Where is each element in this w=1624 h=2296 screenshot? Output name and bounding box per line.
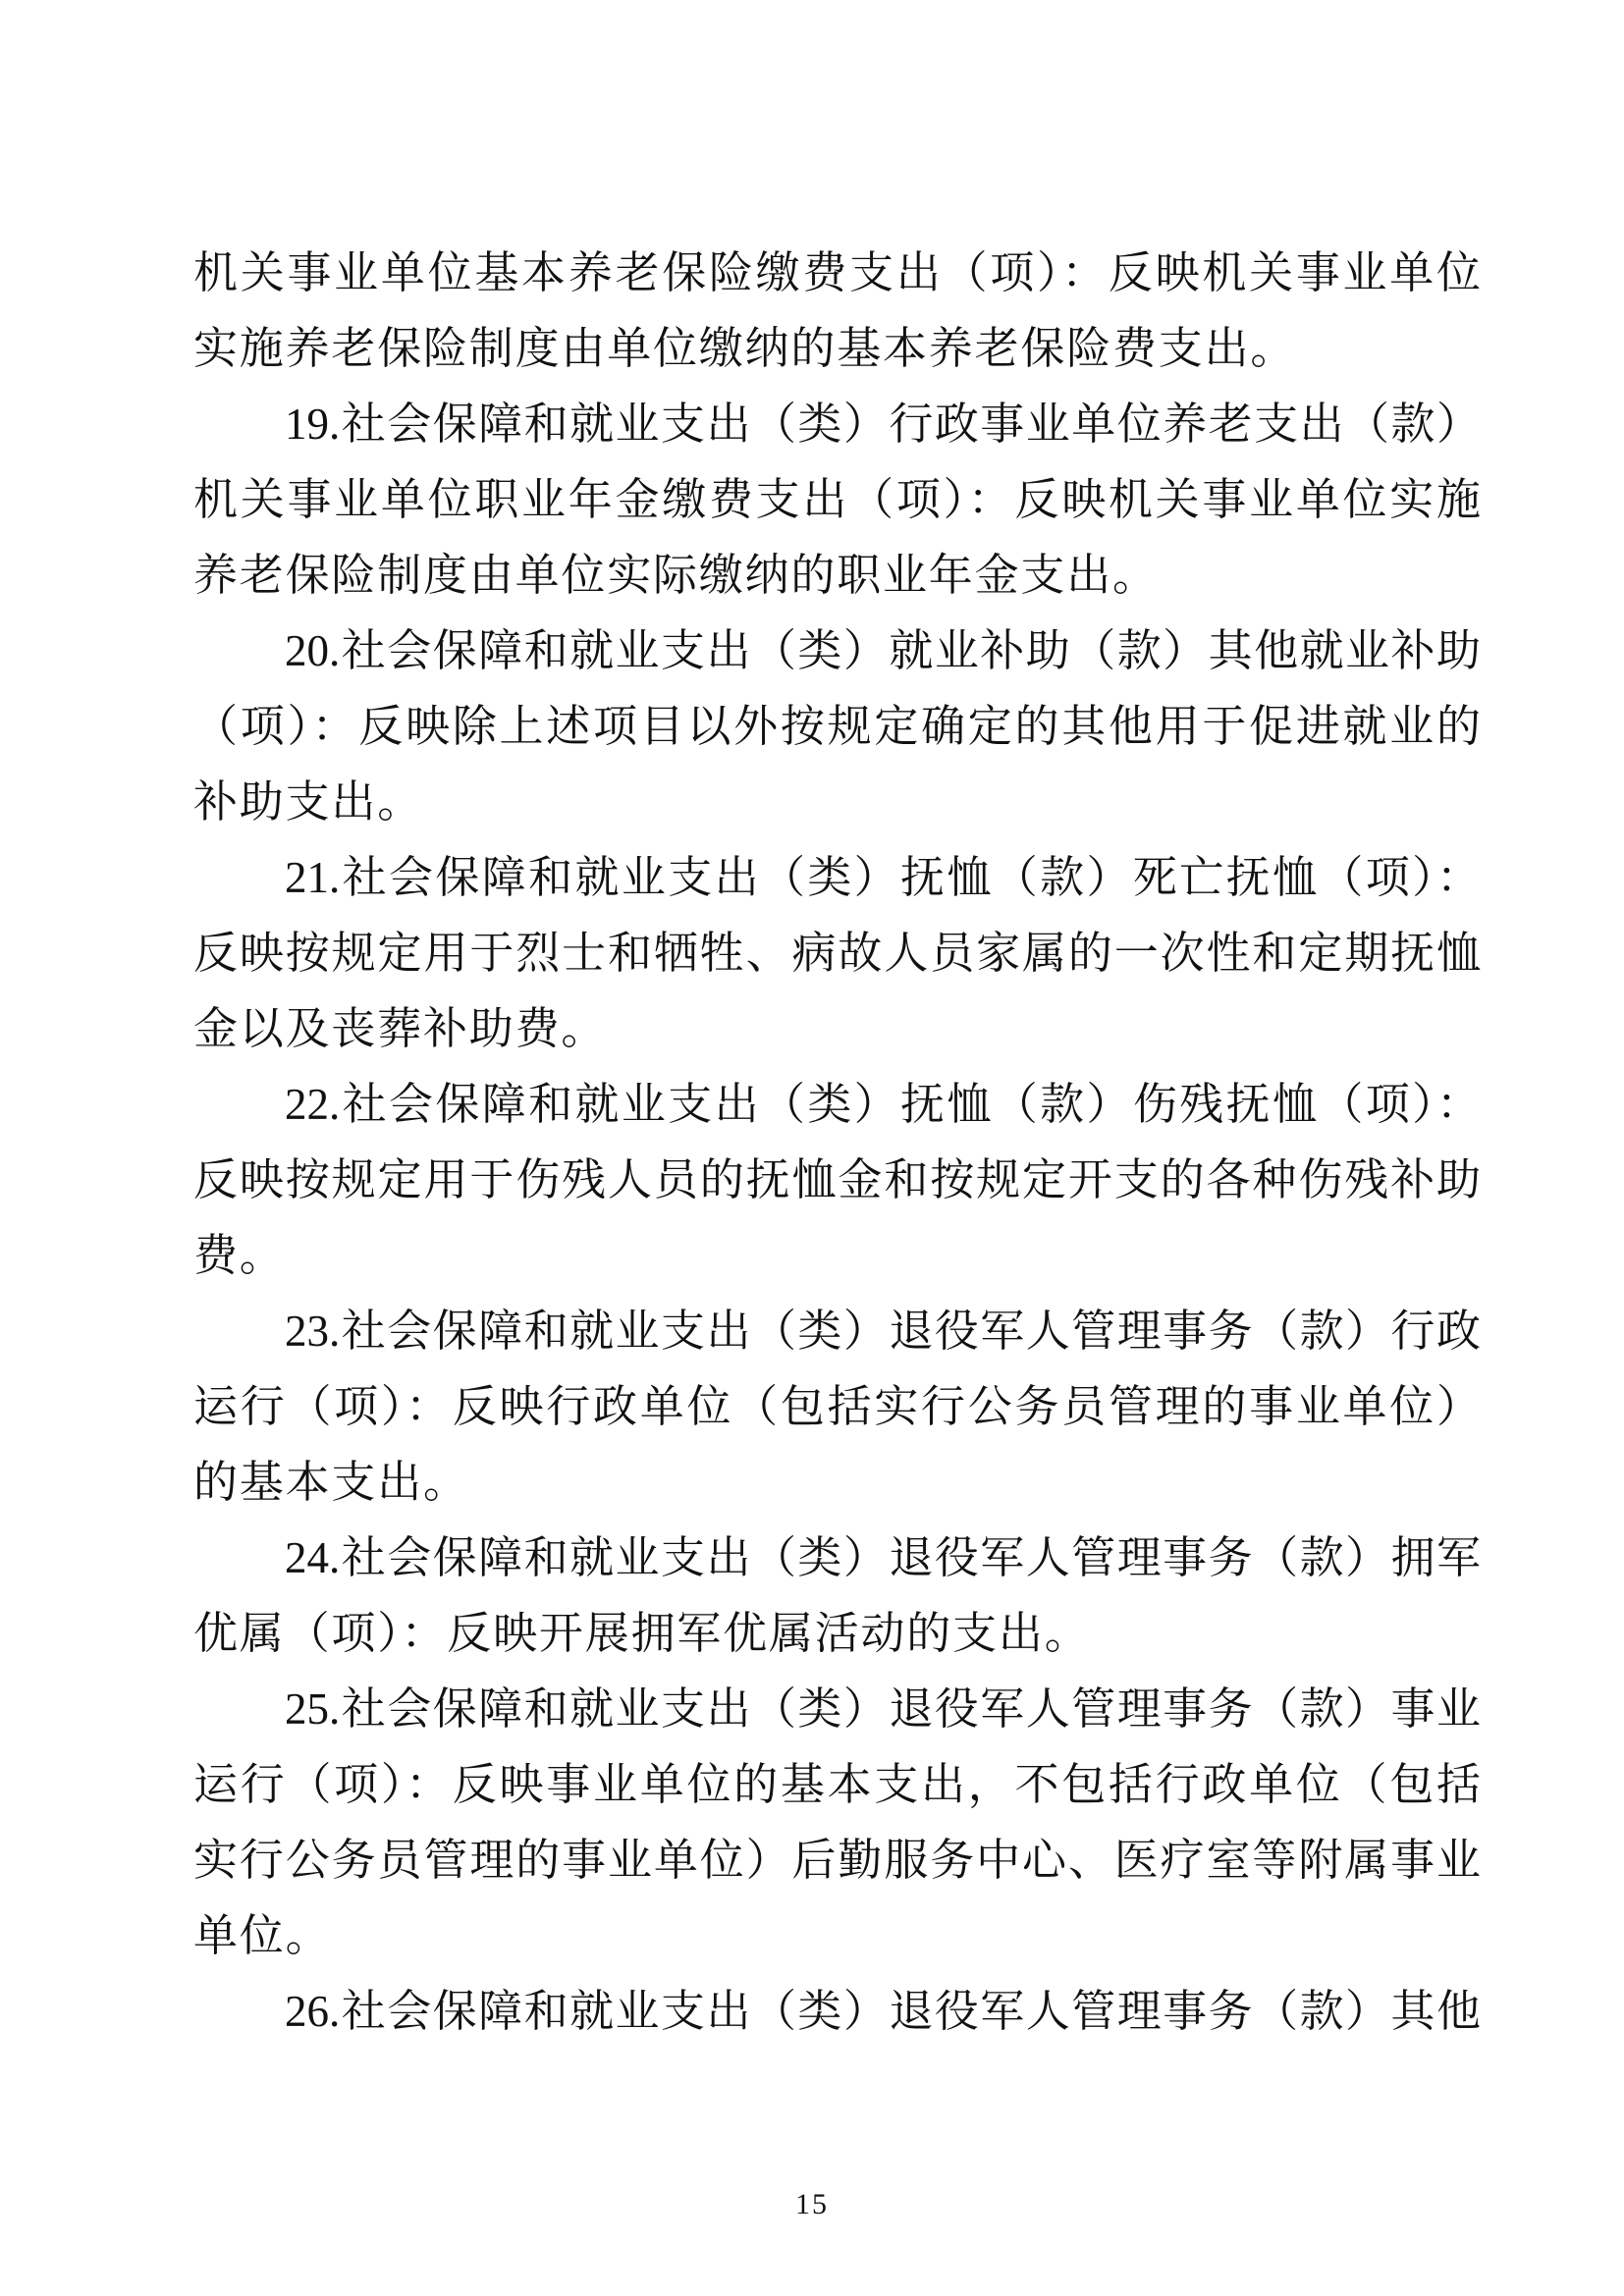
text-line: （项）：反映除上述项目以外按规定确定的其他用于促进就业的	[193, 689, 1481, 765]
document-body: 机关事业单位基本养老保险缴费支出（项）：反映机关事业单位实施养老保险制度由单位缴…	[193, 236, 1481, 2050]
text-line: 19.社会保障和就业支出（类）行政事业单位养老支出（款）	[193, 387, 1481, 462]
text-line: 运行（项）：反映事业单位的基本支出，不包括行政单位（包括	[193, 1747, 1481, 1823]
paragraph-item-18-continuation: 机关事业单位基本养老保险缴费支出（项）：反映机关事业单位实施养老保险制度由单位缴…	[193, 236, 1481, 387]
text-line: 实施养老保险制度由单位缴纳的基本养老保险费支出。	[193, 311, 1481, 387]
text-line: 养老保险制度由单位实际缴纳的职业年金支出。	[193, 538, 1481, 614]
paragraph-item-19: 19.社会保障和就业支出（类）行政事业单位养老支出（款）机关事业单位职业年金缴费…	[193, 387, 1481, 614]
page-number: 15	[0, 2187, 1624, 2222]
text-line: 实行公务员管理的事业单位）后勤服务中心、医疗室等附属事业	[193, 1823, 1481, 1898]
text-line: 优属（项）：反映开展拥军优属活动的支出。	[193, 1596, 1481, 1672]
text-line: 24.社会保障和就业支出（类）退役军人管理事务（款）拥军	[193, 1521, 1481, 1596]
text-line: 23.社会保障和就业支出（类）退役军人管理事务（款）行政	[193, 1294, 1481, 1369]
text-line: 26.社会保障和就业支出（类）退役军人管理事务（款）其他	[193, 1974, 1481, 2050]
text-line: 25.社会保障和就业支出（类）退役军人管理事务（款）事业	[193, 1672, 1481, 1747]
paragraph-item-25: 25.社会保障和就业支出（类）退役军人管理事务（款）事业运行（项）：反映事业单位…	[193, 1672, 1481, 1974]
text-line: 机关事业单位职业年金缴费支出（项）：反映机关事业单位实施	[193, 462, 1481, 538]
text-line: 金以及丧葬补助费。	[193, 991, 1481, 1067]
text-line: 反映按规定用于烈士和牺牲、病故人员家属的一次性和定期抚恤	[193, 916, 1481, 991]
paragraph-item-20: 20.社会保障和就业支出（类）就业补助（款）其他就业补助（项）：反映除上述项目以…	[193, 614, 1481, 840]
text-line: 补助支出。	[193, 765, 1481, 840]
text-line: 20.社会保障和就业支出（类）就业补助（款）其他就业补助	[193, 614, 1481, 689]
text-line: 反映按规定用于伤残人员的抚恤金和按规定开支的各种伤残补助	[193, 1143, 1481, 1218]
text-line: 的基本支出。	[193, 1445, 1481, 1521]
paragraph-item-21: 21.社会保障和就业支出（类）抚恤（款）死亡抚恤（项）：反映按规定用于烈士和牺牲…	[193, 840, 1481, 1067]
paragraph-item-23: 23.社会保障和就业支出（类）退役军人管理事务（款）行政运行（项）：反映行政单位…	[193, 1294, 1481, 1521]
document-page: 机关事业单位基本养老保险缴费支出（项）：反映机关事业单位实施养老保险制度由单位缴…	[0, 0, 1624, 2296]
paragraph-item-22: 22.社会保障和就业支出（类）抚恤（款）伤残抚恤（项）：反映按规定用于伤残人员的…	[193, 1067, 1481, 1294]
paragraph-item-24: 24.社会保障和就业支出（类）退役军人管理事务（款）拥军优属（项）：反映开展拥军…	[193, 1521, 1481, 1672]
text-line: 费。	[193, 1218, 1481, 1294]
text-line: 单位。	[193, 1898, 1481, 1974]
text-line: 运行（项）：反映行政单位（包括实行公务员管理的事业单位）	[193, 1369, 1481, 1445]
text-line: 机关事业单位基本养老保险缴费支出（项）：反映机关事业单位	[193, 236, 1481, 311]
paragraph-item-26: 26.社会保障和就业支出（类）退役军人管理事务（款）其他	[193, 1974, 1481, 2050]
text-line: 22.社会保障和就业支出（类）抚恤（款）伤残抚恤（项）：	[193, 1067, 1481, 1143]
text-line: 21.社会保障和就业支出（类）抚恤（款）死亡抚恤（项）：	[193, 840, 1481, 916]
